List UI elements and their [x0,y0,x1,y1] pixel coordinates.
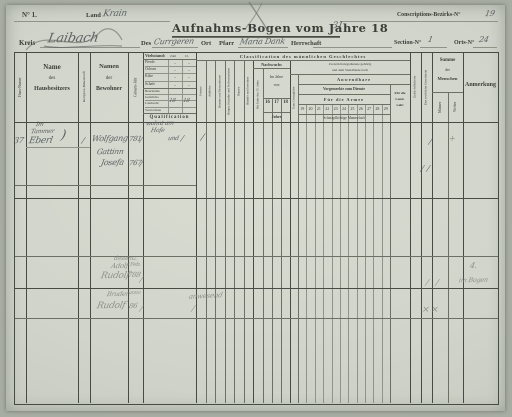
col-bewohner-2: der [91,76,127,81]
vormerk-row-label: Beurlaubte [145,89,168,93]
hw-kreis: Laibach [46,31,99,47]
hw-p1-line2: Adolf [110,262,129,270]
classification-group-label: Häusler und Inwohner [244,62,253,120]
nachwuchs-imjahre: Im Jahre [263,75,290,79]
herrschaft-label: Herrschaft [291,40,321,47]
viehstand-row-label: Kühe [145,74,167,78]
grid-line [40,47,140,48]
grid-line [14,21,170,22]
hw-land: Krain [102,9,128,19]
orts-label: Orts-N° [454,40,474,46]
military-armee: Für die Armee [298,97,390,102]
armee-age: 21 [315,106,323,111]
nachwuchs-age: 18 [281,100,290,105]
nachwuchs-age: 17 [272,100,281,105]
hw-p2-line1: Bruder [106,290,129,298]
viehstand-value: – [168,67,182,72]
military-untaugliche: Ganz Untaugliche [291,75,298,121]
viehstand-value: – [182,67,196,72]
viehstand-row-label: Ochsen [145,67,167,71]
hw-besitzer-3: Eberl [28,136,53,146]
col-hausbesitzer-2: des [27,76,77,81]
hw-p1-line3: Rudolf [100,271,130,281]
vormerk-row-label: Landwehr [145,101,168,105]
summe-weiber: Weiber [448,93,462,121]
hw-p2-date1: anno [128,290,140,296]
summe-title-2: der [432,68,463,72]
col-weiblich: Das weibliche Geschlecht [422,54,431,120]
hw-besitzer-1: Im [35,121,44,128]
summe-maenner: Männer [433,93,447,121]
summe-title-1: Summe [432,58,463,63]
armee-age: 27 [365,106,373,111]
hw-des: Currgeren [153,37,195,47]
nachwuchs-age: 16 [263,100,272,105]
scanned-conscription-sheet: N° 1. Land Aufnahms-Bogen vom Jahre 18 C… [0,0,512,417]
classification-group-label: Beamte und Honoratioren [216,62,225,120]
hw-p2-line2: Rudolf [96,301,126,311]
viehstand-col-zahl: Zahl [170,54,176,58]
nachwuchs-under15: Bis Ende des 15. Jahrs [254,69,263,121]
classification-group-label: Bauern [235,62,244,120]
hw-row1-name: Wolfgang [91,134,129,144]
hw-year: 31 [331,21,344,31]
hw-row2-rel: Gattinn [96,147,124,156]
col-hausnr: Haus-Numer [15,54,25,120]
col-bewohner-3: Bewohner [91,86,127,92]
page-title: Aufnahms-Bogen vom Jahre 18 [172,21,330,35]
col-hausbesitzer-3: Hausbesitzers [27,86,77,92]
viehstand-value: – [168,82,182,87]
military-header-2: und dem Standlande nach [290,68,410,72]
hw-row3-name: Josefa [100,158,125,167]
military-vorgemerkte: Vorgemerkte zum Dienste [298,87,390,91]
landwehr-1: Für die [390,91,410,95]
armee-age: 26 [357,106,365,111]
nachwuchs-title: Nachwuchs [253,62,290,67]
hw-qual-2: Hofe [150,127,165,134]
vormerk-row-label: Verstorbene [145,108,168,112]
grid-line [473,47,497,48]
viehstand-title: Viehstand: [145,53,165,58]
classification-group-label: Adeliche [206,62,215,120]
classification-group-label: Priester [197,62,206,120]
hw-anm-text: im Bogen [458,276,488,285]
sheet-number: N° 1. [22,11,37,19]
grid-line [420,47,447,48]
vormerk-row-label: Geistliche [145,95,168,99]
col-geburtsjahr: Geburts-Jahr [129,54,142,120]
hw-qual-3: und [167,135,179,142]
viehstand-value: – [168,74,182,79]
conscription-label: Conscriptions-Bezirks-N° [397,12,461,18]
grid-line [152,47,198,48]
hw-pfarr: Maria Dank [239,37,286,47]
qualification-label: Qualification [143,115,196,120]
armee-age: 24 [340,106,348,111]
kreis-label: Kreis [19,39,35,47]
viehstand-value: – [168,60,182,65]
col-hausbesitzer-1: Name [27,63,77,71]
hw-bezirk: 19 [484,9,495,18]
landwehr-2: Land- [390,97,410,101]
summe-title-3: Menschen [432,76,463,81]
section-label: Section-N° [394,40,421,46]
viehstand-row-label: Schafe [145,82,167,86]
col-religion: Religions-Bekenntniß [79,54,89,120]
viehstand-col-cl: Cl. [185,54,189,58]
military-bottom: Schutzpflichtige Mannschaft [298,116,390,120]
military-header-1: Zu dem Kriegsdienste gehörig [290,62,410,66]
nachwuchs-jahre: Jahre [263,114,290,119]
anmerkung-label: Anmerkung [463,82,498,88]
armee-age: 25 [348,106,356,111]
col-bewohner-1: Namen [91,63,127,70]
armee-age: 28 [373,106,381,111]
hw-p1-date2: Feb. [129,262,141,268]
ort-label: Ort [201,40,211,47]
viehstand-row-label: Pferde [145,60,167,64]
military-anwendbare: Anwendbare [298,77,410,82]
armee-age: 22 [323,106,331,111]
hw-p2-date2: 86 [128,302,138,310]
hw-vormerk-1: 18 [168,98,176,104]
armee-age: 23 [331,106,339,111]
classification-title: Classification des männlichen Geschlecht… [196,54,410,59]
armee-age: 19 [298,106,306,111]
des-label: Des [141,40,151,47]
pfarr-label: Pfarr [219,40,234,47]
armee-age: 29 [382,106,390,111]
hw-vormerk-2: 18 [182,98,190,104]
grid-line [313,47,392,48]
armee-age: 20 [306,106,314,111]
classification-group-label: Bürger, Künstler und Professionisten [225,62,234,120]
hw-besitzer-2: Tammer [30,128,55,135]
land-label: Land [86,12,101,19]
grid-line [238,47,288,48]
nachwuchs-von: von [263,83,290,87]
hw-hausnr: 37 [13,136,24,145]
hw-orts: 24 [478,35,489,44]
viehstand-value: – [182,60,196,65]
col-befreite: Zeitlich Befreite [411,54,420,120]
viehstand-value: – [182,82,196,87]
landwehr-3: wehr [390,103,410,107]
viehstand-value: – [182,74,196,79]
